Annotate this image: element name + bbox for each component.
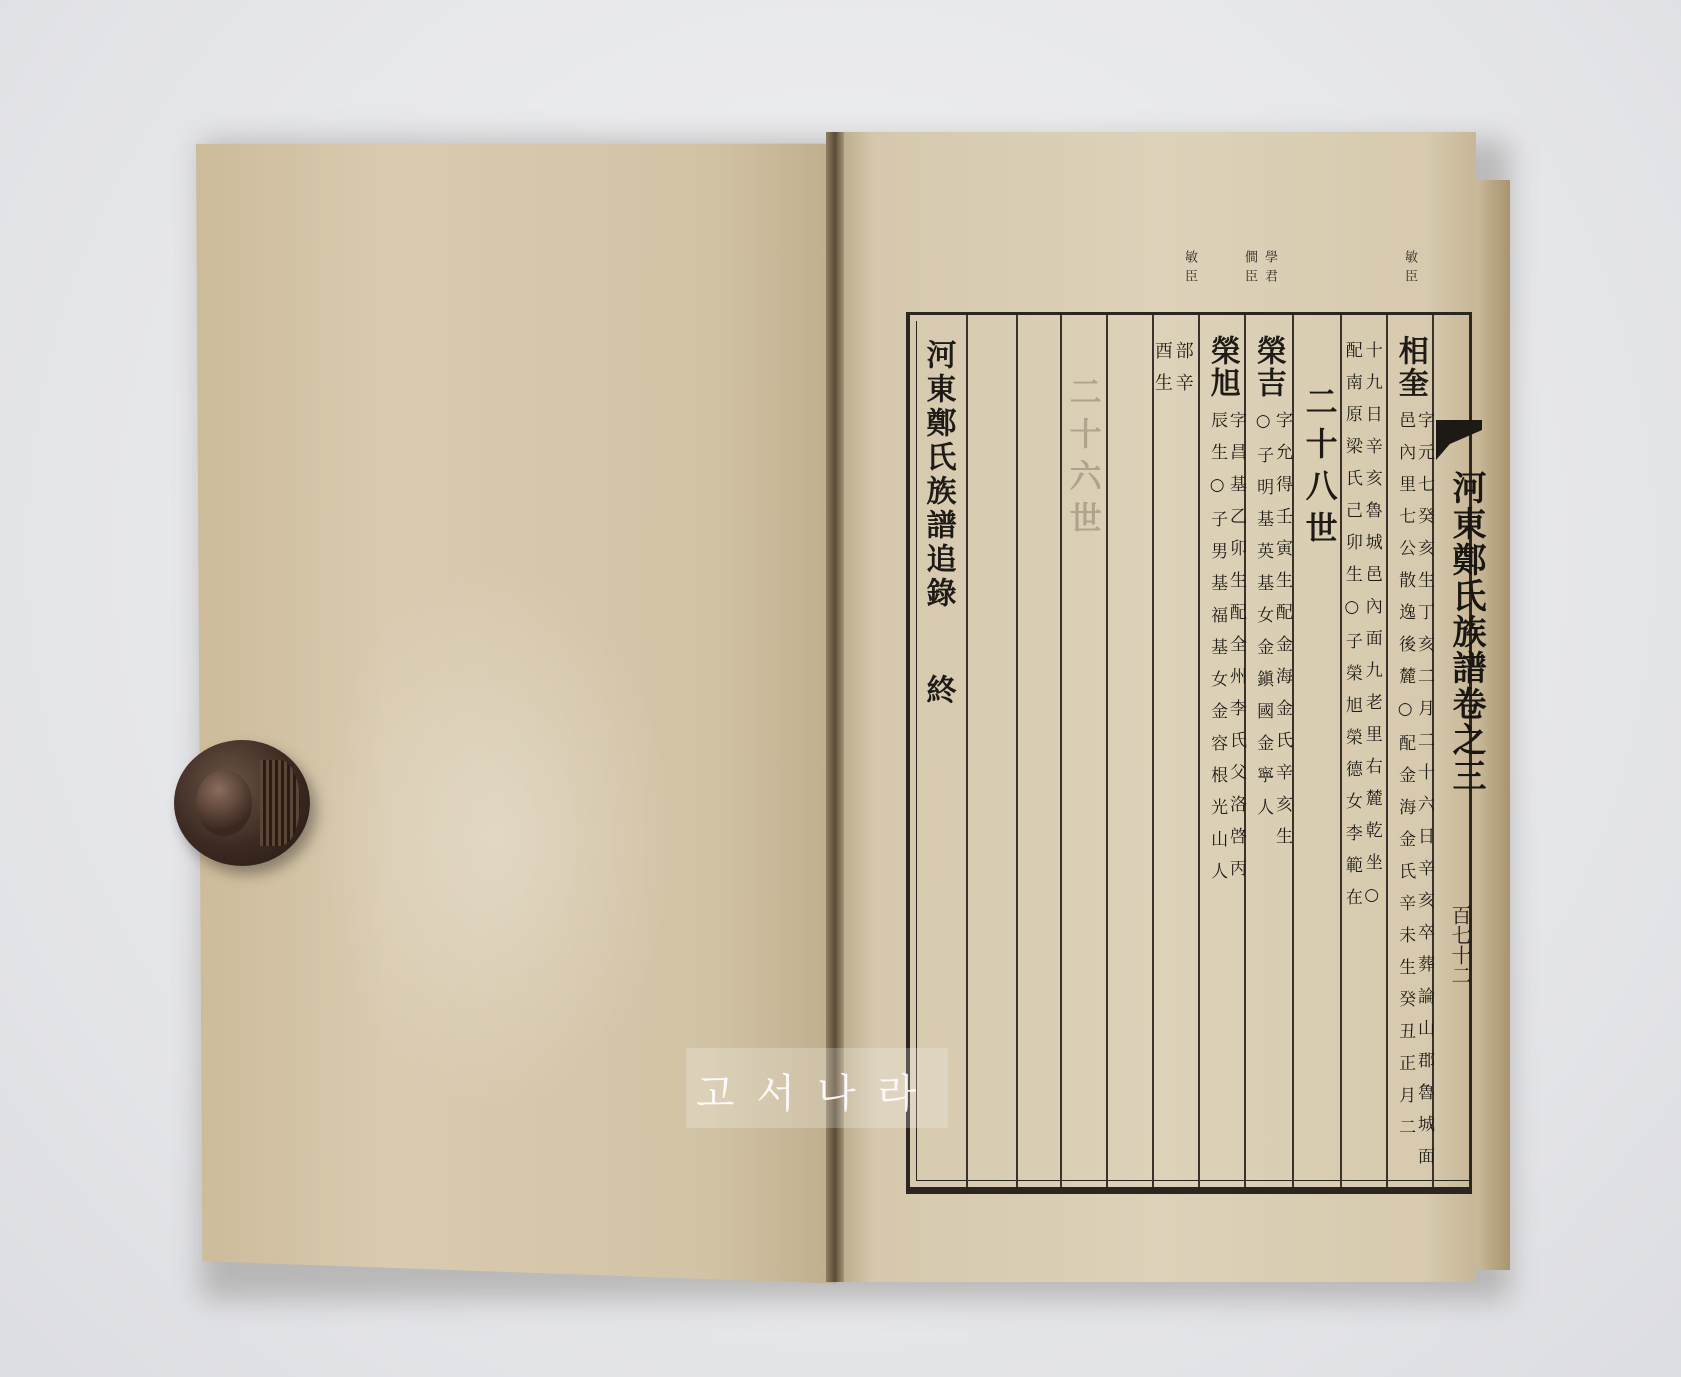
end-mark: 終 [922, 674, 954, 708]
entry-line: 字允得壬寅生配金海金氏辛亥生 [1272, 411, 1290, 859]
entry-line: ○子明基英基女金鎭國金寧人 [1253, 411, 1271, 859]
entry-line: 辰生○子男基福基女金容根光山人 [1207, 411, 1225, 894]
genealogy-table-frame: 河東鄭氏族譜追錄 終 二十六世 部辛 酉生 榮旭 字昌基乙卯生配全州李氏父洛啓丙… [906, 312, 1472, 1190]
entry-line: 字元七癸亥生丁亥二月二十六日辛亥卒葬論山郡魯城面 [1414, 411, 1432, 1179]
frame-bottom-rule [906, 1190, 1472, 1194]
header-note: 學君 [1260, 250, 1279, 288]
header-note-right: 敏臣 [1400, 250, 1419, 288]
paperweight-rings [260, 760, 300, 846]
person-name: 相奎 [1394, 335, 1426, 399]
column-divider [1152, 315, 1154, 1187]
person-name: 榮吉 [1252, 335, 1284, 399]
page-number: 百七十二 [1446, 905, 1475, 985]
paperweight-knob [196, 770, 252, 836]
entry-sanggyu: 相奎 字元七癸亥生丁亥二月二十六日辛亥卒葬論山郡魯城面 邑內里七公散逸後麓○配金… [1388, 335, 1432, 1179]
entry-rongxu: 榮旭 字昌基乙卯生配全州李氏父洛啓丙 辰生○子男基福基女金容根光山人 [1200, 335, 1244, 894]
person-name: 榮旭 [1206, 335, 1238, 399]
entry-small: 部辛 酉生 [1152, 341, 1192, 405]
header-note: 僴臣 [1240, 250, 1259, 288]
paperweight-icon [174, 740, 310, 866]
entry-line: 邑內里七公散逸後麓○配金海金氏辛未生癸丑正月二 [1395, 411, 1413, 1179]
column-divider [1106, 315, 1108, 1187]
entry-line: 十九日辛亥魯城邑內面九老里右麓乾坐○ [1362, 341, 1380, 920]
entry-line: 配南原梁氏己卯生○子榮旭榮德女李範在 [1342, 341, 1360, 920]
entry-text: 十九日辛亥魯城邑內面九老里右麓乾坐○ 配南原梁氏己卯生○子榮旭榮德女李範在 [1342, 341, 1380, 920]
watermark: 고서나라 [686, 1048, 948, 1128]
paper-gloss [316, 555, 676, 1121]
entry-line: 酉生 [1152, 341, 1171, 405]
column-divider [1060, 315, 1062, 1187]
column-divider [966, 315, 968, 1187]
margin-book-title: 河東鄭氏族譜卷之三 [1442, 470, 1491, 794]
column-divider [1016, 315, 1018, 1187]
generation-label: 二十八世 [1302, 385, 1336, 553]
entry-line: 字昌基乙卯生配全州李氏父洛啓丙 [1226, 411, 1244, 894]
entry-line: 部辛 [1173, 341, 1192, 405]
bleedthrough-text: 二十六世 [1066, 375, 1100, 543]
book-title: 河東鄭氏族譜追錄 [921, 339, 956, 611]
book-title-end: 河東鄭氏族譜追錄 終 [922, 339, 954, 708]
column-divider [1292, 315, 1294, 1187]
header-note: 敏臣 [1180, 250, 1199, 288]
entry-ronggil: 榮吉 字允得壬寅生配金海金氏辛亥生 ○子明基英基女金鎭國金寧人 [1246, 335, 1290, 859]
watermark-text: 고서나라 [686, 1062, 948, 1119]
